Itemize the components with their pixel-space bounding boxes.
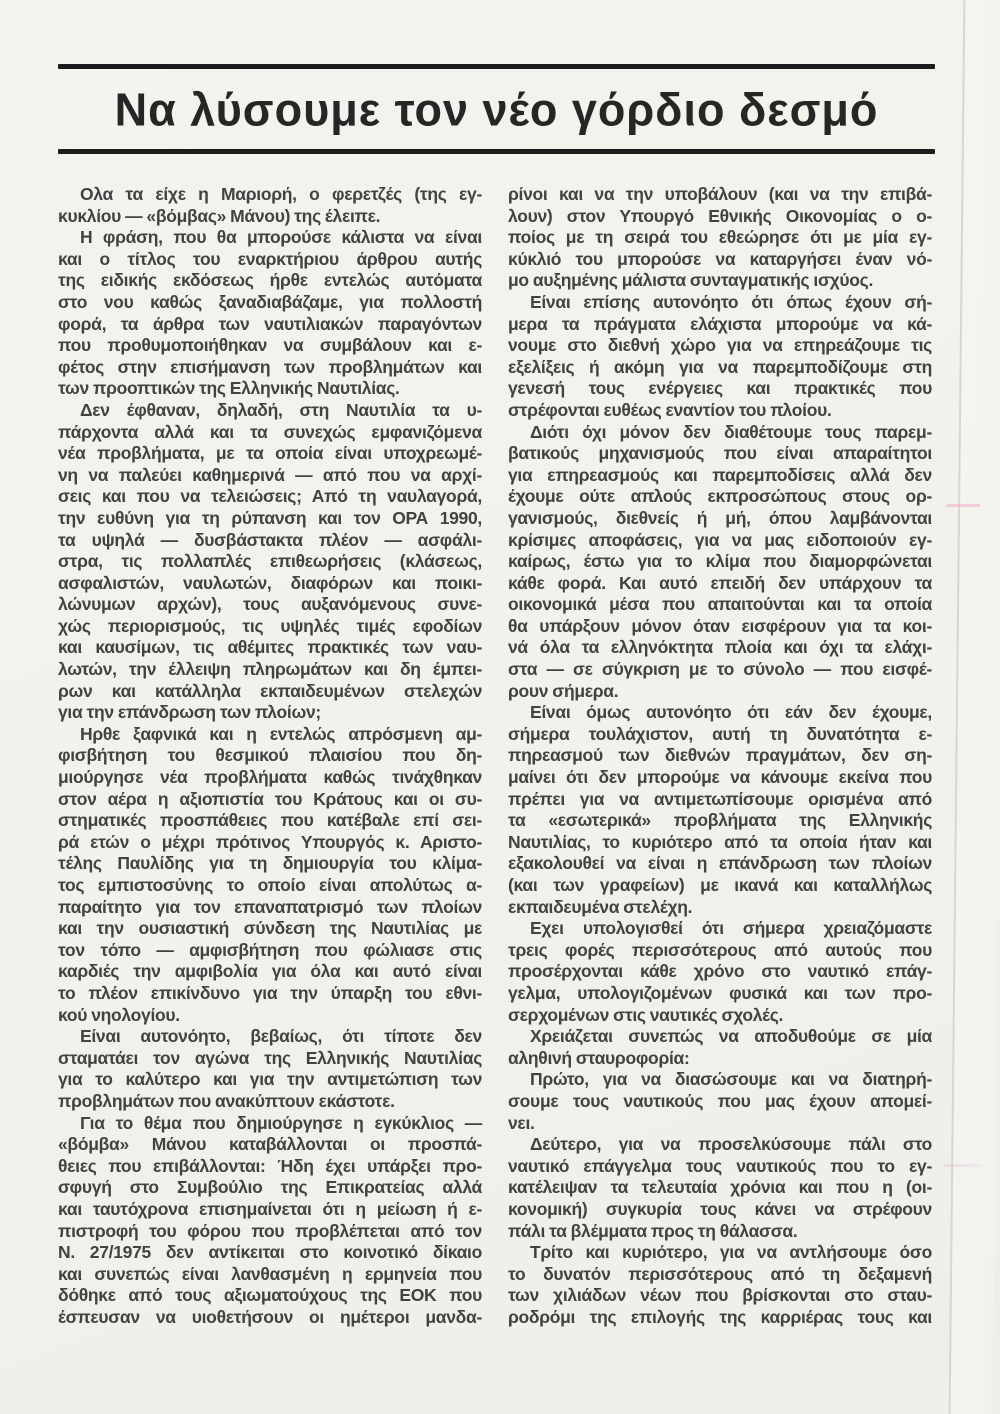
text-line: λωτών, την έλλειψη πληρωμάτων και δη έμπ… xyxy=(58,659,482,681)
text-line: ναυτικό επάγγελμα τους ναυτικούς που το … xyxy=(508,1156,932,1178)
paragraph: Χρειάζεται συνεπώς να αποδυθούμε σε μίαα… xyxy=(508,1026,932,1069)
text-line: φέτος στην επισήμανση των προβλημάτων κα… xyxy=(58,357,482,379)
text-line: ροδρόμι της επιλογής της καρριέρας τους … xyxy=(508,1307,932,1329)
text-line: μαίνει ότι δεν μπορούμε να κάνουμε εκείν… xyxy=(508,767,932,789)
paragraph: Είναι αυτονόητο, βεβαίως, ότι τίποτε δεν… xyxy=(58,1026,482,1112)
text-line: λώνυμων αρχών), τους αυξανόμενους συνε- xyxy=(58,594,482,616)
text-line: έσπευσαν να υιοθετήσουν οι ημέτεροι μανδ… xyxy=(58,1307,482,1329)
text-line: καρδιές την αμφιβολία για όλα και αυτό ε… xyxy=(58,961,482,983)
text-line: νουμε στο διεθνή χώρο για να επηρεάζουμε… xyxy=(508,335,932,357)
text-line: και συνεπώς είναι λανθασμένη η ερμηνεία … xyxy=(58,1264,482,1286)
paragraph: Εχει υπολογισθεί ότι σήμερα χρειαζόμαστε… xyxy=(508,918,932,1026)
paragraph: Πρώτο, για να διασώσουμε και να διατηρή-… xyxy=(508,1069,932,1134)
text-line: το πλέον επικίνδυνο για την ύπαρξη του ε… xyxy=(58,983,482,1005)
text-line: σταματάει τον αγώνα της Ελληνικής Ναυτιλ… xyxy=(58,1048,482,1070)
scan-color-streak xyxy=(944,1164,982,1167)
text-line: Είναι αυτονόητο, βεβαίως, ότι τίποτε δεν xyxy=(58,1026,482,1048)
text-line: αληθινή σταυροφορία: xyxy=(508,1048,932,1070)
text-line: για το καλύτερο και για την αντιμετώπιση… xyxy=(58,1069,482,1091)
text-line: κυκλίου — «βόμβας» Μάνου) της έλειπε. xyxy=(58,206,482,228)
text-line: ρά ετών ο μέχρι πρότινος Υπουργός κ. Αρι… xyxy=(58,832,482,854)
text-line: πάρχοντα αλλά και τα συνεχώς εμφανιζόμεν… xyxy=(58,422,482,444)
text-line: στο νου καθώς ξαναδιαβάζαμε, για πολλοστ… xyxy=(58,292,482,314)
text-line: ρων και κατάλληλα εκπαιδευμένων στελεχών xyxy=(58,681,482,703)
text-line: Ηρθε ξαφνικά και η εντελώς απρόσμενη αμ- xyxy=(58,724,482,746)
text-line: οικονομικά μέσα που απαιτούνται και τα ο… xyxy=(508,594,932,616)
text-line: ασφαλιστών, ναυλωτών, διαφόρων και ποικι… xyxy=(58,573,482,595)
text-line: τρεις φορές περισσότερους από αυτούς που xyxy=(508,940,932,962)
text-line: Τρίτο και κυριότερο, για να αντλήσουμε ό… xyxy=(508,1242,932,1264)
paragraph: Η φράση, που θα μπορούσε κάλιστα να είνα… xyxy=(58,227,482,400)
scan-color-streak xyxy=(946,504,980,507)
text-line: σερχομένων στις ναυτικές σχολές. xyxy=(508,1005,932,1027)
text-line: φισβήτηση του θεσμικού πλαισίου που δη- xyxy=(58,745,482,767)
text-line: εξελίξεις ή ακόμη για να παρεμποδίζουμε … xyxy=(508,357,932,379)
text-line: τέλης Παυλίδης για τη δημιουργία του κλί… xyxy=(58,853,482,875)
text-line: θα υπάρξουν μόνον όταν εισφέρουν για τα … xyxy=(508,616,932,638)
text-line: κονομική) συγκυρία τους κάνει να στρέφου… xyxy=(508,1199,932,1221)
text-line: πρέπει για να αντιμετωπίσουμε ορισμένα α… xyxy=(508,789,932,811)
text-line: προσέρχονται κάθε χρόνο στο ναυτικό επάγ… xyxy=(508,961,932,983)
text-line: (και των γραφείων) με ικανά και καταλλήλ… xyxy=(508,875,932,897)
paragraph: Τρίτο και κυριότερο, για να αντλήσουμε ό… xyxy=(508,1242,932,1328)
text-line: Διότι όχι μόνον δεν διαθέτουμε τους παρε… xyxy=(508,422,932,444)
text-line: βατικούς μηχανισμούς που είναι απαραίτητ… xyxy=(508,443,932,465)
paragraph: Ολα τα είχε η Μαριορή, ο φερετζές (της ε… xyxy=(58,184,482,227)
text-line: μο αυξημένης μάλιστα συνταγματικής ισχύο… xyxy=(508,270,932,292)
text-line: κατέλειψαν τα τελευταία χρόνια και που η… xyxy=(508,1177,932,1199)
text-line: μερα τα πράγματα ελάχιστα μπορούμε να κά… xyxy=(508,314,932,336)
text-line: Ν. 27/1975 δεν αντίκειται στο κοινοτικό … xyxy=(58,1242,482,1264)
text-line: γανισμούς, διεθνείς ή μή, όπου λαμβάνοντ… xyxy=(508,508,932,530)
paragraph: Διότι όχι μόνον δεν διαθέτουμε τους παρε… xyxy=(508,422,932,703)
text-line: «βόμβα» Μάνου καταβάλλονται οι προσπά- xyxy=(58,1134,482,1156)
scanned-document-page: Να λύσουμε τον νέο γόρδιο δεσμό Ολα τα ε… xyxy=(0,0,1000,1414)
text-line: Εχει υπολογισθεί ότι σήμερα χρειαζόμαστε xyxy=(508,918,932,940)
text-line: κύκλιό του μπορούσε να καταργήσει έναν ν… xyxy=(508,249,932,271)
text-line: κρίσιμες αποφάσεις, για να μας ειδοποιού… xyxy=(508,530,932,552)
text-line: νει. xyxy=(508,1113,932,1135)
text-line: Δεν έφθαναν, δηλαδή, στη Ναυτιλία τα υ- xyxy=(58,400,482,422)
text-line: πηρεασμού των διεθνών πραγμάτων, δεν ση- xyxy=(508,745,932,767)
text-line: τα υψηλά — δυσβάστακτα πλέον — ασφάλι- xyxy=(58,530,482,552)
text-line: και ταυτόχρονα επισημαίνεται ότι η μείωσ… xyxy=(58,1199,482,1221)
text-line: και καυσίμων, τις αθέμιτες πρακτικές των… xyxy=(58,637,482,659)
text-line: ποίος με τη σειρά του εθεώρησε ότι με μί… xyxy=(508,227,932,249)
text-line: σήμερα τουλάχιστον, αυτή τη δυνατότητα ε… xyxy=(508,724,932,746)
text-line: στρα, τις πολλαπλές επιθεωρήσεις (κλάσεω… xyxy=(58,551,482,573)
text-line: που προθυμοποιήθηκαν να συμβάλουν και ε- xyxy=(58,335,482,357)
text-line: και την ουσιαστική σύνδεση της Ναυτιλίας… xyxy=(58,918,482,940)
text-line: την ευθύνη για τη ρύπανση και τον ΟΡΑ 19… xyxy=(58,508,482,530)
text-line: για την επάνδρωση των πλοίων; xyxy=(58,702,482,724)
text-line: Δεύτερο, για να προσελκύσουμε πάλι στο xyxy=(508,1134,932,1156)
text-line: σφυγή στο Συμβούλιο της Επικρατείας αλλά xyxy=(58,1177,482,1199)
text-line: παραίτητο για τον επαναπατρισμό των πλοί… xyxy=(58,897,482,919)
text-line: στον αέρα η αξιοπιστία του Κράτους και ο… xyxy=(58,789,482,811)
text-line: δόθηκε από τους αξιωματούχους της ΕΟΚ πο… xyxy=(58,1285,482,1307)
text-line: τος εμπιστοσύνης το οποίο είναι απολύτως… xyxy=(58,875,482,897)
text-line: Πρώτο, για να διασώσουμε και να διατηρή- xyxy=(508,1069,932,1091)
paragraph: Είναι όμως αυτονόητο ότι εάν δεν έχουμε,… xyxy=(508,702,932,918)
text-line: και ο τίτλος του εναρκτήριου άρθρου αυτή… xyxy=(58,249,482,271)
text-line: Ναυτιλίας, το κυριότερο από τα οποία ήτα… xyxy=(508,832,932,854)
text-line: εκπαιδευμένα στελέχη. xyxy=(508,897,932,919)
paragraph: Ηρθε ξαφνικά και η εντελώς απρόσμενη αμ-… xyxy=(58,724,482,1026)
headline: Να λύσουμε τον νέο γόρδιο δεσμό xyxy=(58,78,935,142)
text-line: πιστροφή του φόρου που προβλέπεται από τ… xyxy=(58,1221,482,1243)
text-line: νέα προβλήματα, με τα οποία είναι υποχρε… xyxy=(58,443,482,465)
text-line: στα — σε σύγκριση με το σύνολο — που εισ… xyxy=(508,659,932,681)
text-line: θειες που επιβάλλονται: Ήδη έχει υπάρξει… xyxy=(58,1156,482,1178)
masthead: Να λύσουμε τον νέο γόρδιο δεσμό xyxy=(58,64,935,154)
text-line: της ειδικής εκδόσεως ήρθε εντελώς αυτόμα… xyxy=(58,270,482,292)
text-line: Είναι όμως αυτονόητο ότι εάν δεν έχουμε, xyxy=(508,702,932,724)
paragraph: Δεύτερο, για να προσελκύσουμε πάλι στονα… xyxy=(508,1134,932,1242)
text-line: κάθε φορά. Και αυτό επειδή δεν υπάρχουν … xyxy=(508,573,932,595)
text-line: στηματικές προσπάθειες που κατέβαλε επί … xyxy=(58,810,482,832)
paragraph: Για το θέμα που δημιούργησε η εγκύκλιος … xyxy=(58,1113,482,1329)
text-line: γελμα, υπολογιζομένων φυσικά και των προ… xyxy=(508,983,932,1005)
text-line: των προοπτικών της Ελληνικής Ναυτιλίας. xyxy=(58,378,482,400)
text-line: νά όλα τα ελληνόκτητα πλοία και όχι τα ε… xyxy=(508,637,932,659)
text-line: έχουμε ούτε απλούς εκπροσώπους στους ορ- xyxy=(508,486,932,508)
text-line: Για το θέμα που δημιούργησε η εγκύκλιος … xyxy=(58,1113,482,1135)
text-line: γενεσή τους ενέργειες και πρακτικές που xyxy=(508,378,932,400)
paragraph: Δεν έφθαναν, δηλαδή, στη Ναυτιλία τα υ-π… xyxy=(58,400,482,724)
text-line: Ολα τα είχε η Μαριορή, ο φερετζές (της ε… xyxy=(58,184,482,206)
text-line: το δυνατόν περισσότερους από τη δεξαμενή xyxy=(508,1264,932,1286)
text-line: νη να παλεύει καθημερινά — από που να αρ… xyxy=(58,465,482,487)
text-line: Χρειάζεται συνεπώς να αποδυθούμε σε μία xyxy=(508,1026,932,1048)
article-column-right: ρίνοι και να την υποβάλουν (και να την ε… xyxy=(508,184,932,1328)
article-column-left: Ολα τα είχε η Μαριορή, ο φερετζές (της ε… xyxy=(58,184,482,1328)
text-line: σεις και που να τελειώσεις; Από τη ναυλα… xyxy=(58,486,482,508)
text-line: για επηρεασμούς και παρεμποδίσεις αλλά δ… xyxy=(508,465,932,487)
text-line: κού νηολογίου. xyxy=(58,1005,482,1027)
paragraph: Είναι επίσης αυτονόητο ότι όπως έχουν σή… xyxy=(508,292,932,422)
text-line: καίρως, έστω για το κλίμα που διαμορφώνε… xyxy=(508,551,932,573)
headline-rule-top xyxy=(58,64,935,69)
text-line: των χιλιάδων νέων που βρίσκονται στο στα… xyxy=(508,1285,932,1307)
text-line: Η φράση, που θα μπορούσε κάλιστα να είνα… xyxy=(58,227,482,249)
text-line: ρουν σήμερα. xyxy=(508,681,932,703)
text-line: φορά, τα άρθρα των ναυτιλιακών παραγόντω… xyxy=(58,314,482,336)
text-line: στρέφονται ευθέως εναντίον του πλοίου. xyxy=(508,400,932,422)
text-line: λουν) στον Υπουργό Εθνικής Οικονομίας ο … xyxy=(508,206,932,228)
text-line: τα «εσωτερικά» προβλήματα της Ελληνικής xyxy=(508,810,932,832)
text-line: προβλημάτων που ανακύπτουν εκάστοτε. xyxy=(58,1091,482,1113)
paragraph: ρίνοι και να την υποβάλουν (και να την ε… xyxy=(508,184,932,292)
text-line: σουμε τους ναυτικούς που μας έχουν απομε… xyxy=(508,1091,932,1113)
text-line: πάλι τα βλέμματα προς τη θάλασσα. xyxy=(508,1221,932,1243)
text-line: τον τόπο — αμφισβήτηση που φώλιασε στις xyxy=(58,940,482,962)
headline-rule-bottom xyxy=(58,149,935,154)
text-line: Είναι επίσης αυτονόητο ότι όπως έχουν σή… xyxy=(508,292,932,314)
text-line: ρίνοι και να την υποβάλουν (και να την ε… xyxy=(508,184,932,206)
text-line: μιούργησε νέα προβλήματα καθώς τινάχθηκα… xyxy=(58,767,482,789)
text-line: χώς περιορισμούς, τις υψηλές τιμές εφοδί… xyxy=(58,616,482,638)
text-line: εξακολουθεί να είναι η επάνδρωση των πλο… xyxy=(508,853,932,875)
